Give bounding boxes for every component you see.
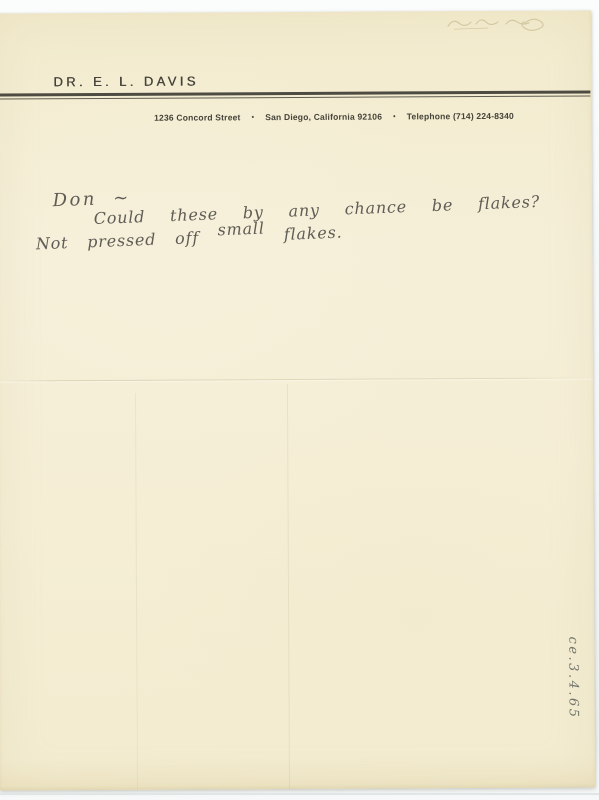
catalog-number: ce.3.4.65 xyxy=(565,637,581,755)
address-separator: • xyxy=(393,113,396,120)
faint-pencil-annotation xyxy=(444,13,549,36)
letterhead-address: 1236 Concord Street•San Diego, Californi… xyxy=(0,110,592,123)
letterhead-rule-thin xyxy=(0,95,590,99)
horizontal-fold-line xyxy=(0,377,593,381)
handwritten-line-2-suffix: flakes. xyxy=(283,223,342,244)
letterhead-name: DR. E. L. DAVIS xyxy=(53,74,198,90)
address-street: 1236 Concord Street xyxy=(154,112,241,122)
address-separator: • xyxy=(252,114,255,121)
address-city: San Diego, California 92106 xyxy=(265,112,382,123)
handwritten-line-2: Not pressed off small flakes. xyxy=(35,223,342,254)
handwritten-line-2-prefix: Not pressed off xyxy=(35,228,199,253)
vertical-fold-line-left xyxy=(135,393,138,790)
address-phone: Telephone (714) 224-8340 xyxy=(407,111,514,122)
vertical-fold-line-middle xyxy=(287,384,290,789)
handwritten-inserted-word: small xyxy=(217,219,265,240)
letter-paper: DR. E. L. DAVIS 1236 Concord Street•San … xyxy=(0,10,595,790)
scanner-edge-line xyxy=(0,793,599,795)
